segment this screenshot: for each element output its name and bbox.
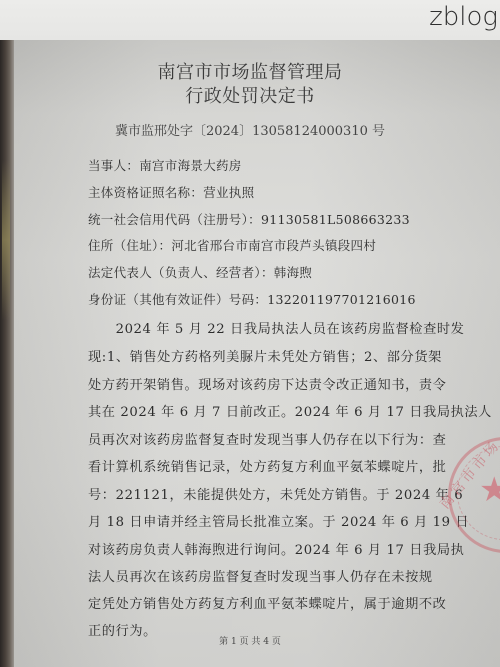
field-value: 91130581L508663233: [261, 212, 410, 227]
body-line: 员再次对该药房监督复查时发现当事人仍存在以下行为：查: [88, 429, 446, 448]
document-title: 行政处罚决定书: [0, 82, 500, 108]
field-value: 韩海煦: [274, 265, 312, 280]
body-line: 2024 年 5 月 22 日我局执法人员在该药房监督检查时发: [88, 318, 464, 337]
penalty-decision-document: 南宫市市场监督管理局 行政处罚决定书 冀市监邢处字〔2024〕130581240…: [0, 0, 500, 667]
field-label: 法定代表人（负责人、经营者）：: [88, 265, 274, 280]
body-line: 定凭处方销售处方药复方利血平氨苯蝶啶片，属于逾期不改: [88, 593, 446, 612]
field-label: 住所（住址）：: [88, 238, 171, 253]
field-value: 132201197701216016: [267, 292, 416, 307]
field-value: 河北省邢台市南宫市段芦头镇段四村: [171, 238, 376, 253]
field-address: 住所（住址）：河北省邢台市南宫市段芦头镇段四村: [88, 236, 376, 254]
watermark-text: zblog: [429, 2, 498, 32]
body-line: 其在 2024 年 6 月 7 日前改正。2024 年 6 月 17 日我局执法…: [88, 401, 492, 420]
body-line: 对该药房负责人韩海煦进行询问。2024 年 6 月 17 日我局执: [88, 539, 464, 558]
field-license-name: 主体资格证照名称：营业执照: [88, 183, 254, 201]
field-label: 统一社会信用代码（注册号）：: [88, 212, 261, 227]
body-line: 号：221121，未能提供处方，未凭处方销售。于 2024 年 6: [88, 484, 463, 503]
field-value: 南宫市海景大药房: [139, 158, 241, 173]
document-number: 冀市监邢处字〔2024〕13058124000310 号: [0, 120, 500, 139]
body-line: 看计算机系统销售记录，处方药复方利血平氨苯蝶啶片，批: [88, 456, 446, 475]
page-number-footer: 第 1 页 共 4 页: [0, 634, 500, 647]
body-line: 处方药开架销售。现场对该药房下达责令改正通知书，责令: [88, 374, 446, 393]
field-label: 身份证（其他有效证件）号码：: [88, 292, 267, 307]
field-party: 当事人：南宫市海景大药房: [88, 156, 242, 174]
field-value: 营业执照: [203, 185, 254, 200]
body-line: 法人员再次在该药房监督复查时发现当事人仍存在未按规: [88, 566, 433, 585]
field-label: 当事人：: [88, 158, 139, 173]
seal-star-icon: ★: [479, 470, 500, 510]
watermark-banner: zblog: [0, 0, 500, 40]
field-label: 主体资格证照名称：: [88, 185, 203, 200]
body-line: 月 18 日申请并经主管局长批准立案。于 2024 年 6 月 19 日: [88, 511, 469, 530]
field-id-number: 身份证（其他有效证件）号码：132201197701216016: [88, 290, 416, 308]
issuer-title: 南宫市市场监督管理局: [0, 58, 500, 84]
field-credit-code: 统一社会信用代码（注册号）：91130581L508663233: [88, 210, 410, 228]
field-legal-representative: 法定代表人（负责人、经营者）：韩海煦: [88, 263, 312, 281]
body-line: 现:1、销售处方药格列美脲片未凭处方销售；2、部分货架: [88, 346, 442, 365]
